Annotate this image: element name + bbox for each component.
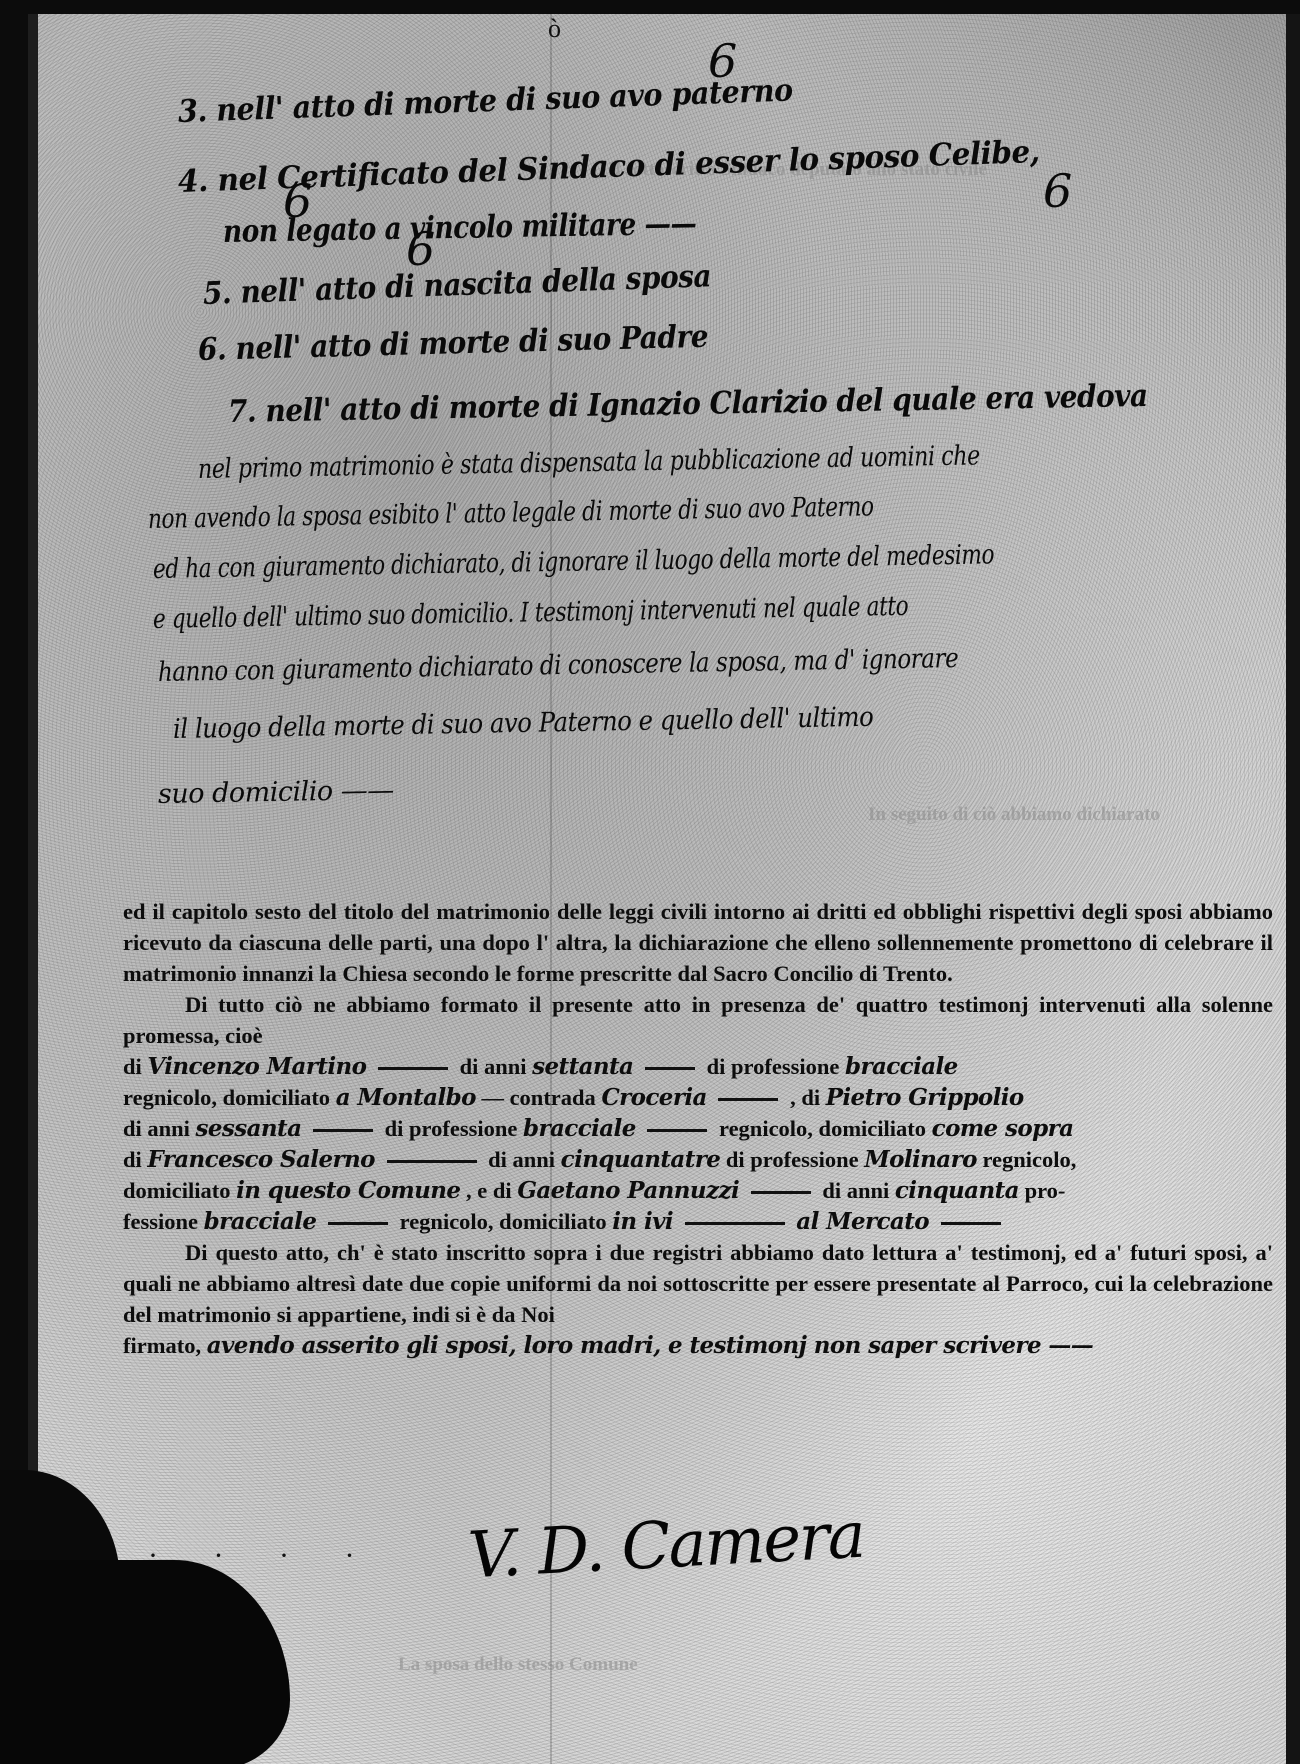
handwritten-note-line: nel primo matrimonio è stata dispensata … <box>198 440 980 485</box>
printed-paragraph-reading: Di questo atto, ch' è stato inscritto so… <box>123 1237 1273 1330</box>
fill-dash <box>685 1222 785 1225</box>
handwritten-note-line: il luogo della morte di suo avo Paterno … <box>173 702 874 745</box>
margin-mark: 6 <box>1043 164 1072 218</box>
witness-line-5: domiciliato in questo Comune , e di Gaet… <box>123 1175 1273 1206</box>
witness-line-4: di Francesco Salerno di anni cinquantatr… <box>123 1144 1273 1175</box>
handwritten-note-line: 6. nell' atto di morte di suo Padre <box>198 319 709 368</box>
witness-2-domicile: come sopra <box>932 1115 1074 1142</box>
witness-1-age: settanta <box>532 1053 633 1080</box>
scanned-register-page: ò Il sottoscritto Sindaco deputato allo … <box>28 14 1300 1764</box>
witness-1-contrada: Croceria <box>601 1084 706 1111</box>
witness-3-profession: Molinaro <box>864 1146 977 1173</box>
witness-1-profession: bracciale <box>845 1053 958 1080</box>
witness-3-age: cinquantatre <box>561 1146 721 1173</box>
handwritten-note-line: ed ha con giuramento dichiarato, di igno… <box>153 539 995 585</box>
witness-line-6: fessione bracciale regnicolo, domiciliat… <box>123 1206 1273 1237</box>
witness-4-location: al Mercato <box>796 1208 929 1235</box>
fill-dash <box>647 1129 707 1132</box>
handwritten-note-line: e quello dell' ultimo suo domicilio. I t… <box>153 591 909 635</box>
witness-1-name: Vincenzo Martino <box>147 1053 366 1080</box>
page-top-mark: ò <box>548 14 561 44</box>
handwritten-note-line: suo domicilio —— <box>158 775 394 810</box>
handwritten-note-line: non avendo la sposa esibito l' atto lega… <box>148 491 874 535</box>
bleed-through-text: In seguito di ciò abbiamo dichiarato <box>868 804 1160 826</box>
scanner-thumb-shadow <box>0 1560 290 1764</box>
handwritten-note-line: 5. nell' atto di nascita della sposa <box>202 258 711 312</box>
witness-3-name: Francesco Salerno <box>147 1146 374 1173</box>
bleed-through-text: La sposa dello stesso Comune <box>398 1654 638 1676</box>
witness-line-3: di anni sessanta di professione braccial… <box>123 1113 1273 1144</box>
witness-2-name: Pietro Grippolio <box>826 1084 1024 1111</box>
witness-2-age: sessanta <box>196 1115 302 1142</box>
official-signature: V. D. Camera <box>466 1499 865 1594</box>
closing-line: firmato, avendo asserito gli sposi, loro… <box>123 1330 1273 1361</box>
handwritten-note-line: 3. nell' atto di morte di suo avo patern… <box>177 73 793 130</box>
fill-dash <box>328 1222 388 1225</box>
fill-dash <box>751 1191 811 1194</box>
fill-dash <box>941 1222 1001 1225</box>
fill-dash <box>718 1098 778 1101</box>
handwritten-note-line: hanno con giuramento dichiarato di conos… <box>158 643 959 688</box>
printed-paragraph-witnesses-intro: Di tutto ciò ne abbiamo formato il prese… <box>123 989 1273 1051</box>
closing-handwritten-note: avendo asserito gli sposi, loro madri, e… <box>207 1332 1093 1359</box>
fill-dash <box>313 1129 373 1132</box>
fill-dash <box>387 1160 477 1163</box>
witness-4-age: cinquanta <box>895 1177 1019 1204</box>
witness-line-1: di Vincenzo Martino di anni settanta di … <box>123 1051 1273 1082</box>
witness-4-domicile: in ivi <box>612 1208 673 1235</box>
printed-paragraph-chapter: ed il capitolo sesto del titolo del matr… <box>123 896 1273 989</box>
witness-3-domicile: in questo Comune <box>236 1177 460 1204</box>
witness-line-2: regnicolo, domiciliato a Montalbo — cont… <box>123 1082 1273 1113</box>
handwritten-note-line: 7. nell' atto di morte di Ignazio Clariz… <box>228 378 1148 430</box>
fill-dash <box>378 1067 448 1070</box>
witness-2-profession: bracciale <box>523 1115 636 1142</box>
witness-1-domicile: a Montalbo <box>336 1084 476 1111</box>
handwritten-note-line: 4. nel Certificato del Sindaco di esser … <box>177 134 1040 200</box>
fill-dash <box>645 1067 695 1070</box>
witness-4-profession: bracciale <box>204 1208 317 1235</box>
witness-4-name: Gaetano Pannuzzi <box>517 1177 739 1204</box>
handwritten-note-line: non legato a vincolo militare —— <box>223 206 697 250</box>
printed-form-body: ed il capitolo sesto del titolo del matr… <box>123 896 1273 1361</box>
